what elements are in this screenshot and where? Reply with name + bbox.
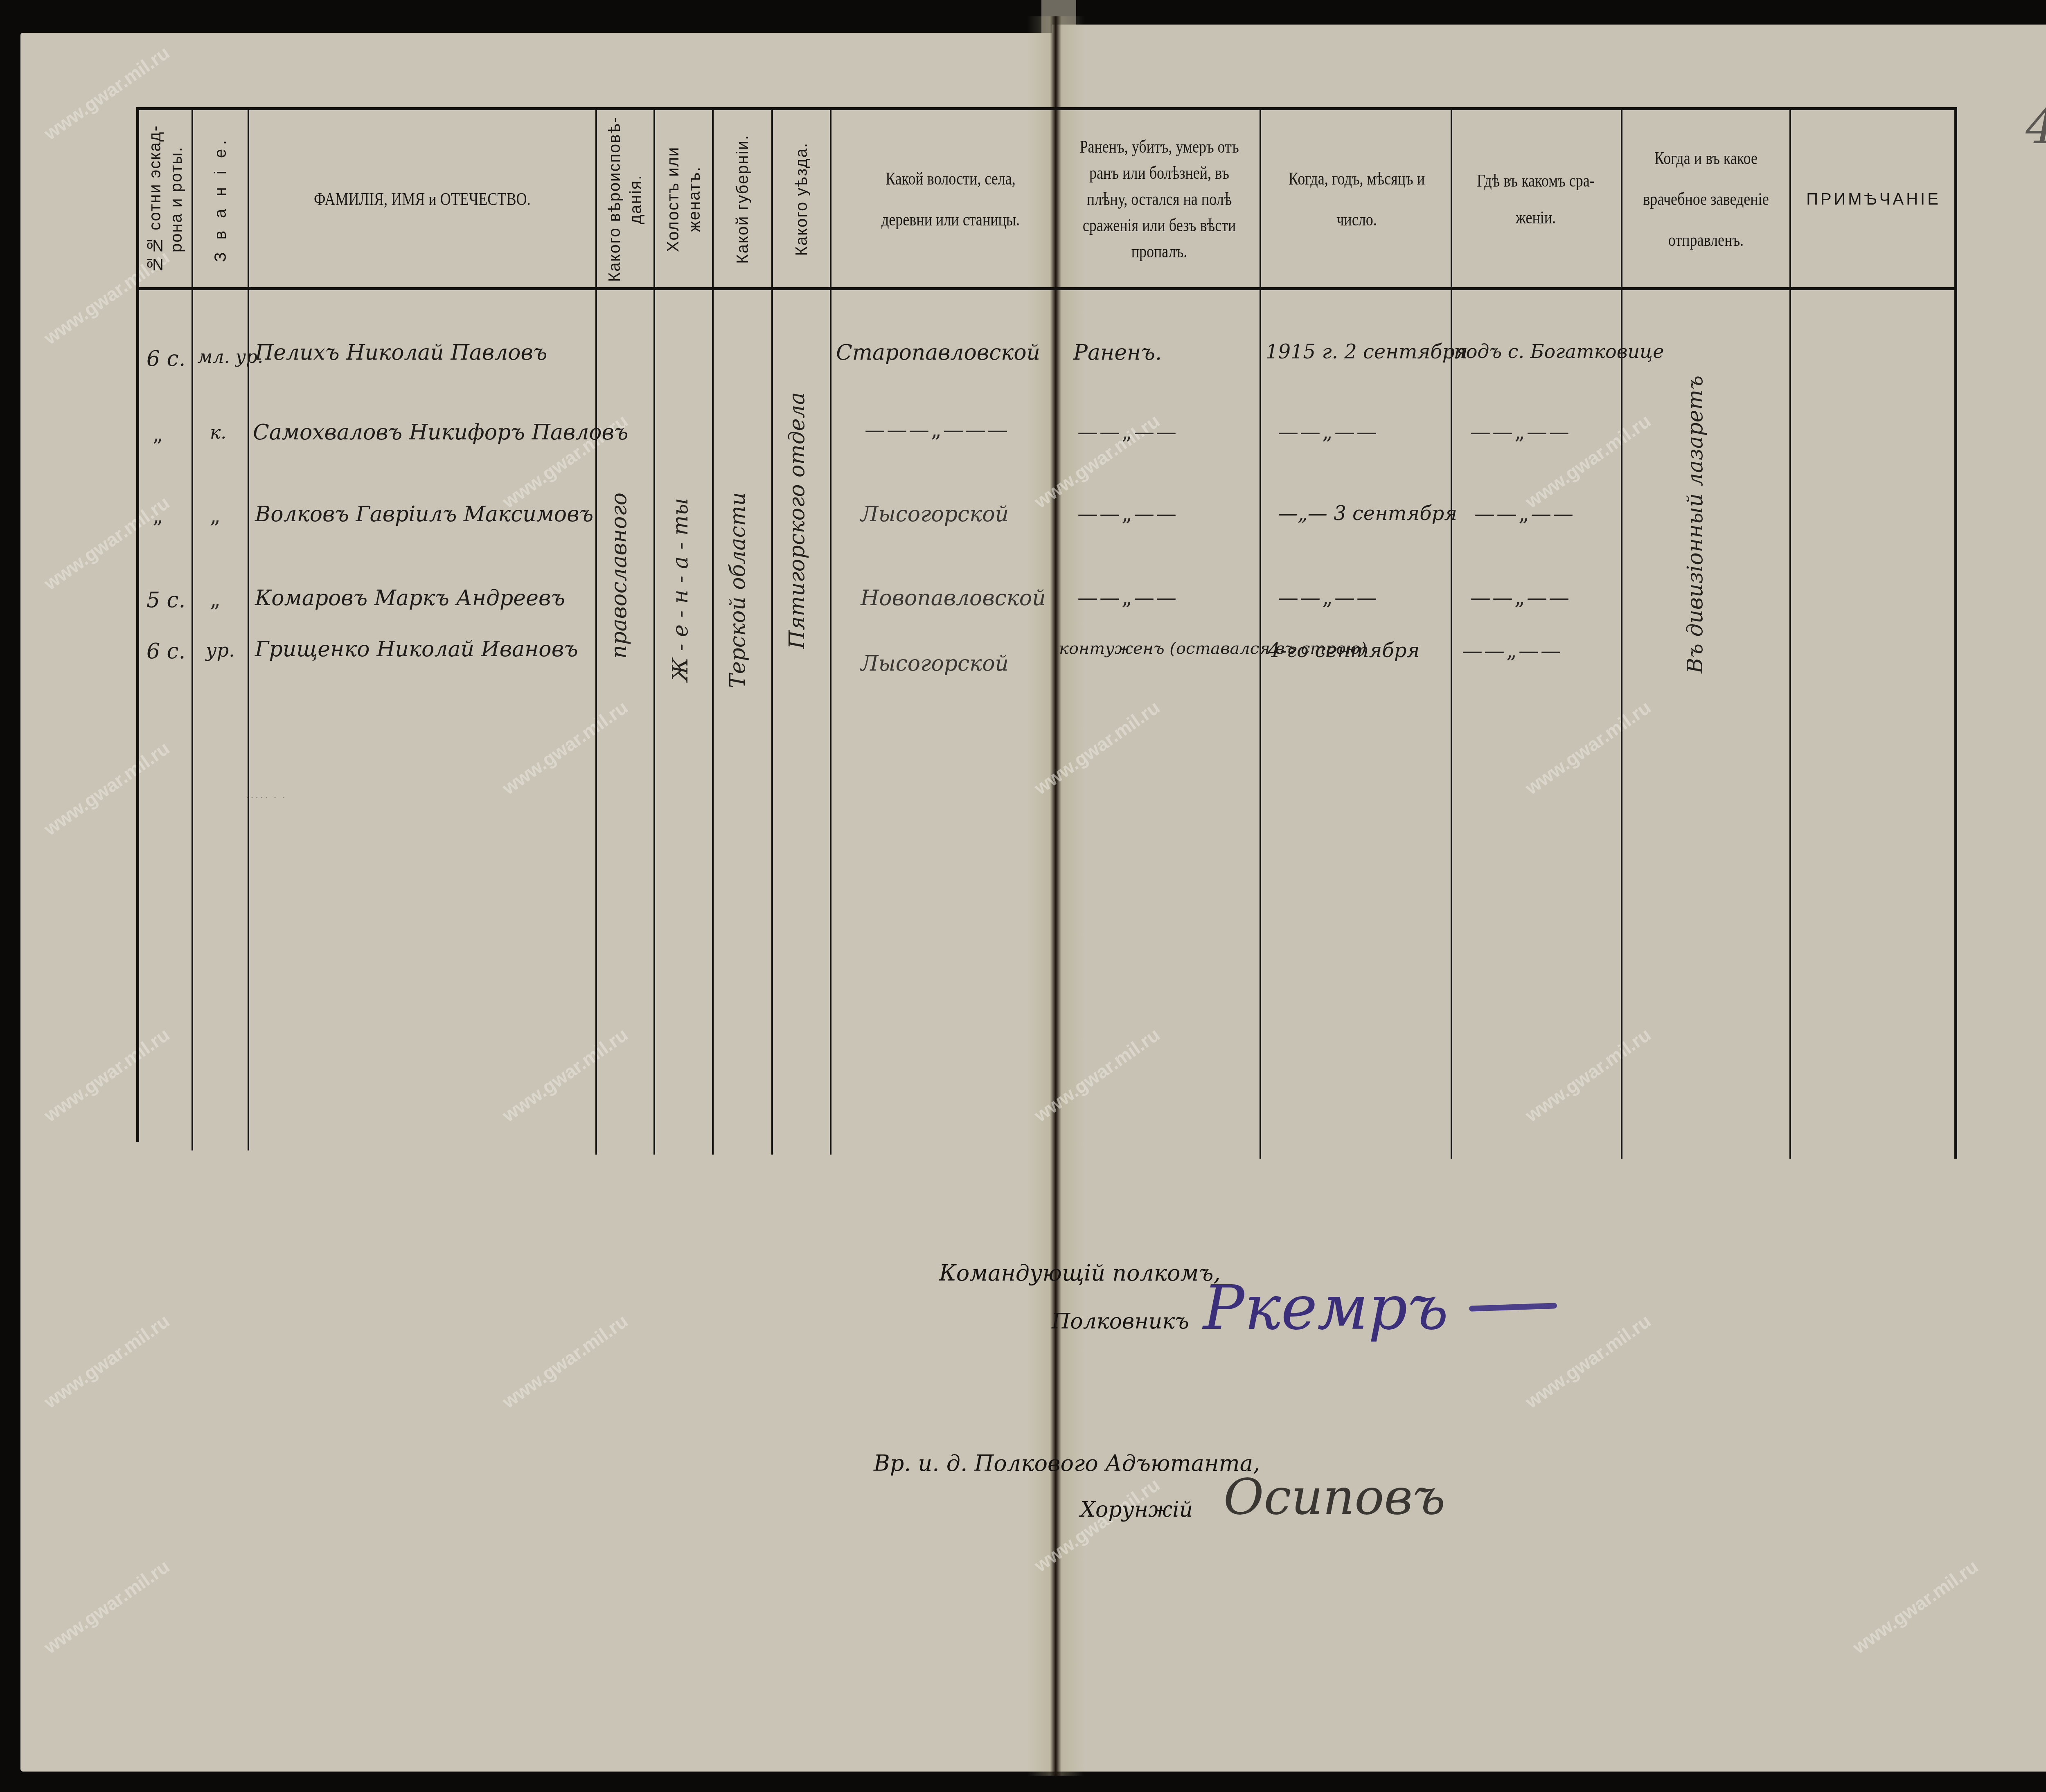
row-name: Комаровъ Маркъ Андреевъ: [255, 586, 565, 610]
column-divider: [1260, 107, 1261, 1159]
row-village: Новопавловской: [861, 586, 1046, 610]
row-village: Лысогорской: [861, 651, 1009, 676]
table-top-border: [136, 107, 1957, 110]
header-squadron: №№ сотни эскад-рона и роты.: [140, 111, 192, 287]
row-date: 4-го сентября: [1268, 639, 1420, 662]
header-status: Раненъ, убитъ, умеръ отъ ранъ или болѣзн…: [1061, 111, 1257, 287]
header-rank: З в а н і е.: [193, 111, 248, 287]
row-squadron: „: [153, 422, 165, 446]
commander-rank: Полковникъ: [1052, 1309, 1189, 1334]
header-marital: Холостъ или женатъ.: [655, 111, 712, 287]
column-divider: [1451, 107, 1452, 1159]
table-right-border: [1954, 107, 1957, 1159]
row-squadron: 6 с.: [146, 347, 185, 371]
row-battle: ——„——: [1470, 586, 1571, 610]
row-squadron: 6 с.: [146, 639, 185, 664]
casualty-table: №№ сотни эскад-рона и роты. З в а н і е.…: [136, 107, 1957, 1159]
row-battle: ——„——: [1474, 502, 1575, 526]
row-battle: ——„——: [1462, 639, 1563, 663]
column-divider: [830, 107, 831, 1155]
row-name: Пелихъ Николай Павловъ: [255, 340, 548, 365]
column-divider: [1621, 107, 1622, 1159]
row-rank: ур.: [206, 639, 235, 661]
row-date: —„— 3 сентября: [1278, 502, 1457, 525]
header-date: Когда, годъ, мѣсяцъ и число.: [1264, 111, 1450, 287]
header-district: Какого уѣзда.: [773, 111, 830, 287]
column-divider: [1789, 107, 1791, 1159]
row-name: Волковъ Гавріилъ Максимовъ: [255, 502, 593, 527]
district-entry: Пятигорского отдела: [785, 295, 809, 745]
row-name: Самохваловъ Никифоръ Павловъ: [253, 420, 629, 445]
row-status: ——„——: [1077, 502, 1178, 526]
header-village: Какой волости, села, деревни или станицы…: [856, 111, 1045, 287]
row-village: Старопавловской: [836, 340, 1040, 365]
header-remarks: ПРИМѢЧАНІЕ: [1793, 111, 1954, 287]
row-date: ——„——: [1278, 420, 1379, 444]
hospital-entry: Въ дивизіонный лазаретъ: [1683, 320, 1708, 729]
row-squadron: „: [153, 504, 165, 528]
row-rank: „: [210, 504, 222, 528]
header-hospital: Когда и въ какое врачебное заведеніе отп…: [1624, 111, 1788, 287]
row-date: 1915 г. 2 сентября: [1266, 340, 1468, 363]
row-battle: ——„——: [1470, 420, 1571, 444]
row-status: ——„——: [1077, 420, 1178, 444]
row-status: ——„——: [1077, 586, 1178, 610]
row-squadron: 5 с.: [146, 588, 185, 612]
adjutant-rank: Хорунжій: [1080, 1497, 1193, 1522]
header-bottom-border: [136, 287, 1957, 290]
adjutant-signature: Осиповъ: [1224, 1469, 1445, 1526]
page-number: 402: [2026, 98, 2046, 155]
row-rank: мл. ур.: [198, 347, 263, 367]
row-village: Лысогорской: [861, 502, 1009, 527]
row-rank: к.: [210, 422, 226, 443]
adjutant-title: Вр. и. д. Полкового Адъютанта,: [874, 1450, 1260, 1476]
table-left-border: [136, 107, 139, 1142]
header-battle: Гдѣ въ какомъ сра-женіи.: [1454, 111, 1618, 287]
header-religion: Какого вѣроисповѣ-данія.: [597, 111, 653, 287]
row-battle: подъ с. Богатковице: [1454, 340, 1664, 362]
commander-title: Командующій полкомъ,: [939, 1260, 1221, 1286]
province-entry: Терской области: [726, 385, 750, 795]
row-rank: „: [210, 588, 222, 612]
marital-entry: Ж - е - н - а - ты: [668, 385, 693, 795]
commander-signature: Ркемръ: [1203, 1272, 1449, 1344]
row-name: Грищенко Николай Ивановъ: [255, 637, 578, 662]
row-date: ——„——: [1278, 586, 1379, 610]
row-village: ———„———: [865, 418, 1009, 442]
header-province: Какой губерніи.: [714, 111, 771, 287]
row-status: Раненъ.: [1073, 340, 1162, 365]
header-name: ФАМИЛІЯ, ИМЯ и ОТЕЧЕСТВО.: [249, 111, 595, 287]
